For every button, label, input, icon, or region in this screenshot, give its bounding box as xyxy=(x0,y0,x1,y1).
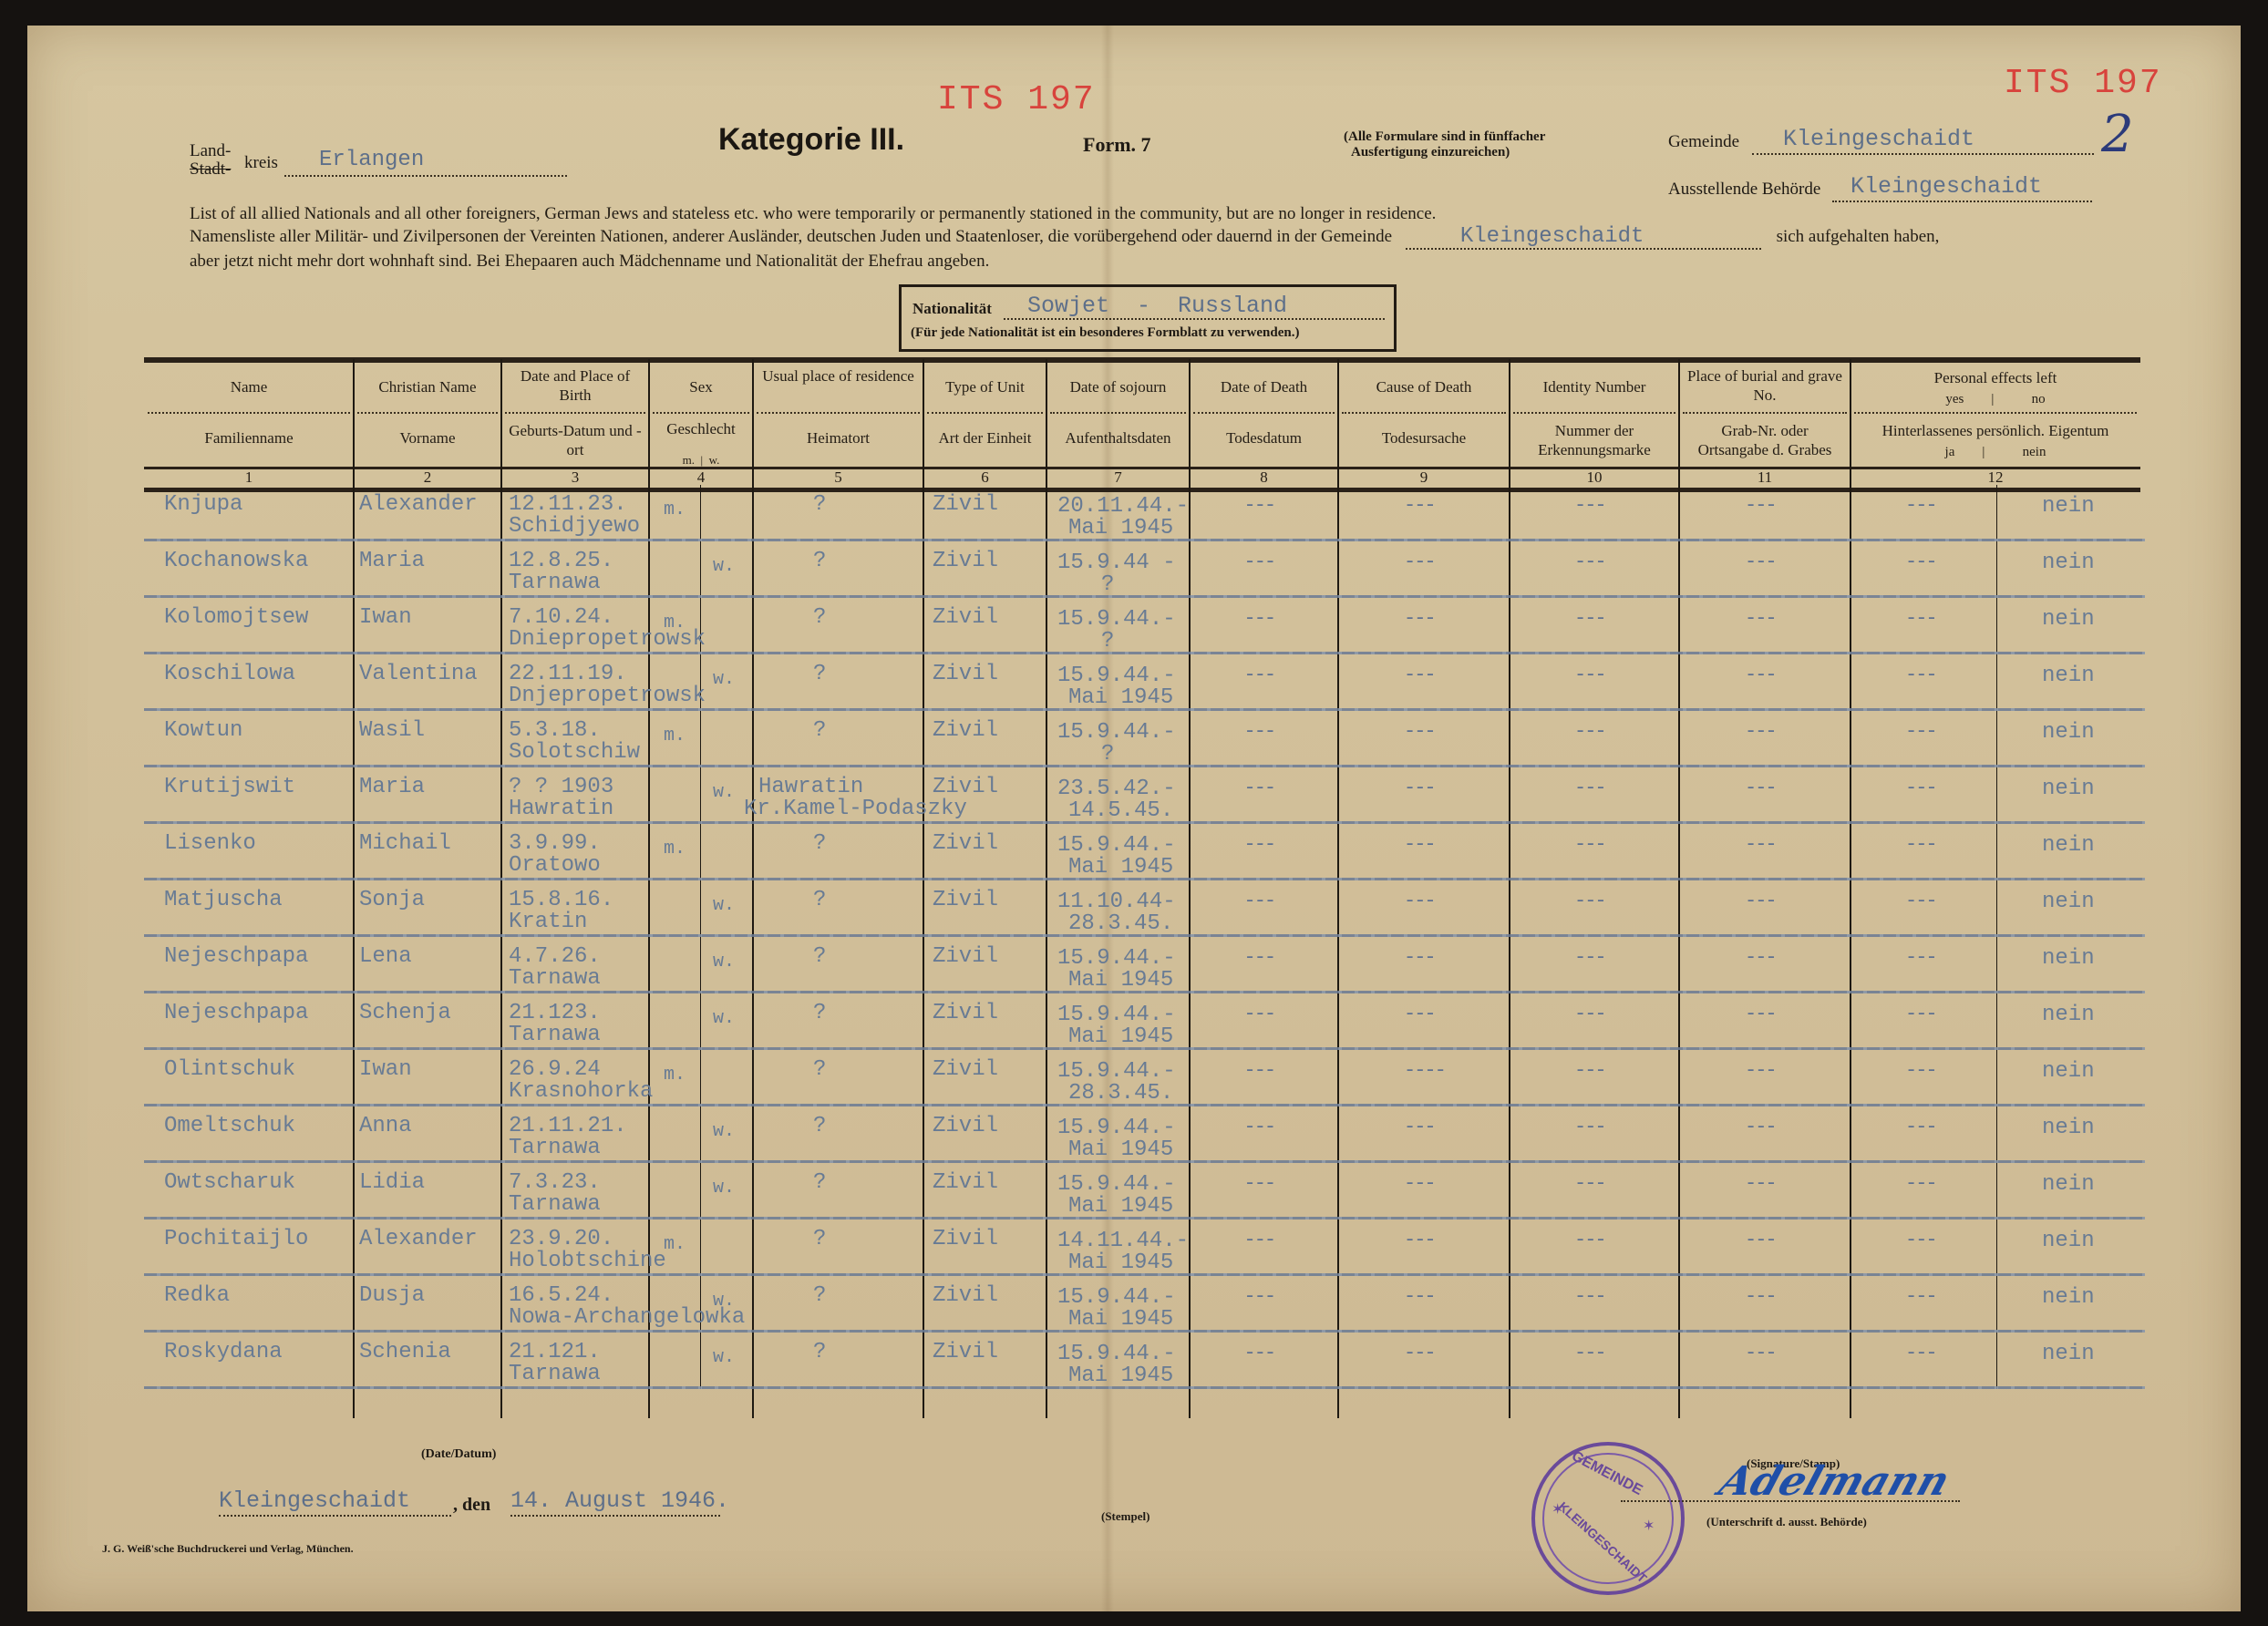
header-en: Sex xyxy=(649,377,753,396)
sojourn-from: 20.11.44.- xyxy=(1057,494,1189,519)
intro-line2-prefix: Namensliste aller Militär- und Zivilpers… xyxy=(190,227,1392,246)
star-icon: ✶ xyxy=(1643,1517,1655,1535)
signature-caption: (Unterschrift d. ausst. Behörde) xyxy=(1706,1515,1867,1529)
unit-type: Zivil xyxy=(933,831,998,856)
header-de: Art der Einheit xyxy=(923,428,1046,448)
empty-idnum: --- xyxy=(1574,720,1605,743)
sub-ja: ja xyxy=(1945,445,1955,459)
empty-burial: --- xyxy=(1745,1285,1776,1308)
column-number: 11 xyxy=(1679,468,1850,487)
residence: ? xyxy=(813,1227,826,1251)
birth-date: 4.7.26. xyxy=(509,944,601,969)
sojourn-to: ? xyxy=(1101,629,1114,653)
residence: ? xyxy=(813,888,826,912)
page-number-handwritten: 2 xyxy=(2101,105,2134,164)
residence: ? xyxy=(813,1057,826,1082)
unit-type: Zivil xyxy=(933,1001,998,1025)
table-row[interactable]: MatjuschaSonja15.8.16.Kratinw.?Zivil11.1… xyxy=(144,880,2140,937)
column-header-6: Type of UnitArt der Einheit xyxy=(923,363,1046,465)
column-header-9: Cause of DeathTodesursache xyxy=(1338,363,1510,465)
empty-burial: --- xyxy=(1745,607,1776,630)
effects-yes: --- xyxy=(1905,833,1936,856)
sex-female: w. xyxy=(713,1006,735,1031)
family-name: Nejeschpapa xyxy=(164,944,308,969)
sojourn-to: 14.5.45. xyxy=(1068,798,1173,823)
landkreis-label: Land- Stadt- xyxy=(190,142,231,179)
empty-cause: --- xyxy=(1404,551,1435,573)
unit-type: Zivil xyxy=(933,605,998,630)
empty-burial: --- xyxy=(1745,946,1776,969)
sex-female: w. xyxy=(713,893,735,918)
effects-yes: --- xyxy=(1905,1172,1936,1195)
family-name: Kolomojtsew xyxy=(164,605,308,630)
sojourn-from: 15.9.44.- xyxy=(1057,1059,1176,1084)
effects-no: nein xyxy=(2042,946,2095,971)
empty-death: --- xyxy=(1244,1285,1275,1308)
empty-cause: --- xyxy=(1404,1003,1435,1025)
residence: ? xyxy=(813,492,826,517)
empty-cause: --- xyxy=(1404,1229,1435,1251)
birth-date: 5.3.18. xyxy=(509,718,601,743)
sex-male: m. xyxy=(664,1063,686,1087)
header-en: Name xyxy=(144,377,354,396)
empty-death: --- xyxy=(1244,890,1275,912)
intro-line2: Namensliste aller Militär- und Zivilpers… xyxy=(190,225,2104,250)
signature-field[interactable]: Adelmann xyxy=(1621,1466,1960,1502)
header-de: Vorname xyxy=(354,428,501,448)
effects-yes: --- xyxy=(1905,1342,1936,1364)
first-name: Anna xyxy=(359,1114,412,1138)
form-note: (Alle Formulare sind in fünffacher Ausfe… xyxy=(1344,129,1545,160)
birth-date: 21.121. xyxy=(509,1340,601,1364)
column-header-1: NameFamilienname xyxy=(144,363,354,465)
birth-place: Oratowo xyxy=(509,853,601,878)
persons-table: NameFamilienname1Christian NameVorname2D… xyxy=(144,357,2140,1433)
effects-no: nein xyxy=(2042,1003,2095,1027)
intro-gemeinde-field[interactable]: Kleingeschaidt xyxy=(1406,225,1761,250)
unit-type: Zivil xyxy=(933,492,998,517)
header-en: Type of Unit xyxy=(923,377,1046,396)
sex-female: w. xyxy=(713,950,735,974)
header-en: Cause of Death xyxy=(1338,377,1510,396)
residence-district: Kr.Kamel-Podaszky xyxy=(744,797,967,821)
behoerde-value: Kleingeschaidt xyxy=(1850,173,2042,200)
table-row[interactable]: OmeltschukAnna21.11.21.Tarnawaw.?Zivil15… xyxy=(144,1106,2140,1163)
place-field[interactable]: Kleingeschaidt xyxy=(219,1487,451,1517)
sojourn-to: Mai 1945 xyxy=(1068,1307,1173,1332)
table-row[interactable]: KowtunWasil5.3.18.Solotschiwm.?Zivil15.9… xyxy=(144,711,2140,767)
header-dots xyxy=(1050,412,1186,414)
effects-no: nein xyxy=(2042,1172,2095,1197)
sojourn-to: Mai 1945 xyxy=(1068,516,1173,540)
empty-death: --- xyxy=(1244,777,1275,799)
birth-place: Schidjyewo xyxy=(509,514,640,539)
birth-date: 12.8.25. xyxy=(509,549,613,573)
sub-yes: yes xyxy=(1945,392,1964,406)
header-en: Personal effects left xyxy=(1850,368,2140,387)
sojourn-to: 28.3.45. xyxy=(1068,911,1173,936)
effects-yes: --- xyxy=(1905,1003,1936,1025)
effects-no: nein xyxy=(2042,607,2095,632)
header-dots xyxy=(927,412,1043,414)
residence: ? xyxy=(813,1340,826,1364)
header-dots xyxy=(505,412,645,414)
table-row[interactable]: KochanowskaMaria12.8.25.Tarnawaw.?Zivil1… xyxy=(144,541,2140,598)
sojourn-from: 14.11.44.- xyxy=(1057,1229,1189,1253)
residence: ? xyxy=(813,1114,826,1138)
date-label: (Date/Datum) xyxy=(421,1447,496,1462)
nationality-label: Nationalität xyxy=(912,300,992,318)
unit-type: Zivil xyxy=(933,1283,998,1308)
empty-idnum: --- xyxy=(1574,1059,1605,1082)
residence: ? xyxy=(813,662,826,686)
table-row[interactable]: RedkaDusja16.5.24.Nowa-Archangelowkaw.?Z… xyxy=(144,1276,2140,1333)
effects-yes: --- xyxy=(1905,494,1936,517)
empty-death: --- xyxy=(1244,1229,1275,1251)
unit-type: Zivil xyxy=(933,662,998,686)
table-row[interactable]: NejeschpapaLena4.7.26.Tarnawaw.?Zivil15.… xyxy=(144,937,2140,993)
empty-idnum: --- xyxy=(1574,777,1605,799)
date-field[interactable]: 14. August 1946. xyxy=(510,1487,720,1517)
birth-place: Tarnawa xyxy=(509,1023,601,1047)
residence: ? xyxy=(813,1170,826,1195)
landkreis-value: Erlangen xyxy=(319,148,424,172)
first-name: Alexander xyxy=(359,492,478,517)
empty-death: --- xyxy=(1244,494,1275,517)
family-name: Pochitaijlo xyxy=(164,1227,308,1251)
empty-idnum: --- xyxy=(1574,494,1605,517)
header-dots xyxy=(148,412,350,414)
column-number: 3 xyxy=(501,468,649,487)
birth-date: 3.9.99. xyxy=(509,831,601,856)
empty-idnum: --- xyxy=(1574,1285,1605,1308)
family-name: Krutijswit xyxy=(164,775,295,799)
effects-no: nein xyxy=(2042,1342,2095,1366)
effects-no: nein xyxy=(2042,777,2095,801)
residence: ? xyxy=(813,718,826,743)
empty-burial: --- xyxy=(1745,1172,1776,1195)
empty-burial: --- xyxy=(1745,551,1776,573)
unit-type: Zivil xyxy=(933,549,998,573)
family-name: Lisenko xyxy=(164,831,256,856)
header-dots xyxy=(1193,412,1335,414)
header-en: Christian Name xyxy=(354,377,501,396)
unit-type: Zivil xyxy=(933,1340,998,1364)
empty-cause: --- xyxy=(1404,1116,1435,1138)
nationality-note: (Für jede Nationalität ist ein besondere… xyxy=(911,325,1299,341)
header-en: Identity Number xyxy=(1510,377,1679,396)
sex-female: w. xyxy=(713,1289,735,1313)
residence: ? xyxy=(813,831,826,856)
sojourn-to: Mai 1945 xyxy=(1068,1137,1173,1162)
header-dots xyxy=(757,412,920,414)
column-header-11: Place of burial and grave No.Grab-Nr. od… xyxy=(1679,363,1850,465)
printer-imprint: J. G. Weiß'sche Buchdruckerei und Verlag… xyxy=(102,1542,354,1556)
effects-no: nein xyxy=(2042,720,2095,745)
sojourn-to: Mai 1945 xyxy=(1068,1194,1173,1219)
birth-place: Solotschiw xyxy=(509,740,640,765)
header-de: Hinterlassenes persönlich. Eigentum xyxy=(1850,421,2140,440)
empty-idnum: --- xyxy=(1574,1172,1605,1195)
nationality-value: Sowjet - Russland xyxy=(1027,293,1287,319)
form-note-line2: Ausfertigung einzureichen) xyxy=(1351,145,1545,160)
header-dots xyxy=(1854,412,2137,414)
behoerde-label: Ausstellende Behörde xyxy=(1668,180,1820,200)
family-name: Kowtun xyxy=(164,718,242,743)
first-name: Sonja xyxy=(359,888,425,912)
empty-cause: ---- xyxy=(1404,1059,1445,1082)
table-row[interactable]: OwtscharukLidia7.3.23.Tarnawaw.?Zivil15.… xyxy=(144,1163,2140,1219)
birth-place: Kratin xyxy=(509,910,587,934)
sub-w: w. xyxy=(709,453,720,467)
effects-yes: --- xyxy=(1905,607,1936,630)
column-number: 6 xyxy=(923,468,1046,487)
place-value: Kleingeschaidt xyxy=(219,1487,410,1514)
table-row[interactable]: RoskydanaSchenia21.121.Tarnawaw.?Zivil15… xyxy=(144,1333,2140,1389)
birth-place: Tarnawa xyxy=(509,571,601,595)
family-name: Owtscharuk xyxy=(164,1170,295,1195)
sojourn-to: Mai 1945 xyxy=(1068,1024,1173,1049)
empty-burial: --- xyxy=(1745,494,1776,517)
empty-idnum: --- xyxy=(1574,551,1605,573)
empty-death: --- xyxy=(1244,720,1275,743)
effects-yes: --- xyxy=(1905,777,1936,799)
sex-female: w. xyxy=(713,1119,735,1144)
first-name: Schenia xyxy=(359,1340,451,1364)
effects-no: nein xyxy=(2042,1059,2095,1084)
family-name: Omeltschuk xyxy=(164,1114,295,1138)
category-title: Kategorie III. xyxy=(718,122,904,158)
den-label: , den xyxy=(453,1495,490,1516)
empty-cause: --- xyxy=(1404,833,1435,856)
empty-death: --- xyxy=(1244,551,1275,573)
header-en: Date and Place of Birth xyxy=(501,366,649,405)
header-dots xyxy=(1513,412,1675,414)
empty-death: --- xyxy=(1244,946,1275,969)
gemeinde-value: Kleingeschaidt xyxy=(1783,126,1974,152)
empty-cause: --- xyxy=(1404,664,1435,686)
first-name: Iwan xyxy=(359,605,412,630)
empty-death: --- xyxy=(1244,833,1275,856)
empty-cause: --- xyxy=(1404,607,1435,630)
sex-female: w. xyxy=(713,1176,735,1200)
birth-date: 21.11.21. xyxy=(509,1114,627,1138)
nationality-field[interactable]: Sowjet - Russland xyxy=(1004,293,1385,320)
nationality-box: Nationalität Sowjet - Russland (Für jede… xyxy=(899,284,1397,352)
gemeinde-field[interactable]: Kleingeschaidt xyxy=(1752,126,2094,155)
sub-no: no xyxy=(2032,392,2046,406)
empty-cause: --- xyxy=(1404,946,1435,969)
sojourn-to: Mai 1945 xyxy=(1068,1364,1173,1388)
table-row[interactable]: KrutijswitMaria? ? 1903Hawratinw.Hawrati… xyxy=(144,767,2140,824)
first-name: Alexander xyxy=(359,1227,478,1251)
birth-place: Krasnohorka xyxy=(509,1079,653,1104)
empty-burial: --- xyxy=(1745,777,1776,799)
empty-idnum: --- xyxy=(1574,1003,1605,1025)
table-row[interactable]: LisenkoMichail3.9.99.Oratowom.?Zivil15.9… xyxy=(144,824,2140,880)
its-stamp-right: ITS 197 xyxy=(2004,64,2162,103)
sex-female: w. xyxy=(713,554,735,579)
first-name: Maria xyxy=(359,549,425,573)
birth-place: Holobtschine xyxy=(509,1249,666,1273)
effects-subheader-en: yes | no xyxy=(1850,390,2140,409)
birth-place: Hawratin xyxy=(509,797,613,821)
sojourn-to: Mai 1945 xyxy=(1068,968,1173,993)
table-row[interactable]: PochitaijloAlexander23.9.20.Holobtschine… xyxy=(144,1219,2140,1276)
table-row[interactable]: KolomojtsewIwan7.10.24.Dniepropetrowskm.… xyxy=(144,598,2140,654)
landkreis-field[interactable]: Erlangen xyxy=(284,148,567,177)
sex-male: m. xyxy=(664,724,686,748)
table-row[interactable]: KoschilowaValentina22.11.19.Dnjepropetro… xyxy=(144,654,2140,711)
header-dots xyxy=(653,412,749,414)
column-number: 2 xyxy=(354,468,501,487)
first-name: Michail xyxy=(359,831,451,856)
unit-type: Zivil xyxy=(933,1114,998,1138)
intro-text: List of all allied Nationals and all oth… xyxy=(190,202,2104,273)
table-row[interactable]: OlintschukIwan26.9.24Krasnohorkam.?Zivil… xyxy=(144,1050,2140,1106)
header-de: Nummer der Erkennungsmarke xyxy=(1510,421,1679,459)
empty-idnum: --- xyxy=(1574,833,1605,856)
header-de: Geschlecht xyxy=(649,419,753,438)
birth-date: 26.9.24 xyxy=(509,1057,601,1082)
residence: ? xyxy=(813,944,826,969)
column-number: 9 xyxy=(1338,468,1510,487)
signature: Adelmann xyxy=(1714,1458,1955,1505)
empty-death: --- xyxy=(1244,1116,1275,1138)
effects-yes: --- xyxy=(1905,1285,1936,1308)
first-name: Maria xyxy=(359,775,425,799)
gemeinde-label: Gemeinde xyxy=(1668,132,1739,152)
residence: ? xyxy=(813,605,826,630)
empty-idnum: --- xyxy=(1574,664,1605,686)
header-en: Date of sojourn xyxy=(1046,377,1190,396)
column-number: 8 xyxy=(1190,468,1338,487)
table-row[interactable]: NejeschpapaSchenja21.123.Tarnawaw.?Zivil… xyxy=(144,993,2140,1050)
unit-type: Zivil xyxy=(933,718,998,743)
residence: ? xyxy=(813,1283,826,1308)
intro-line2-suffix: sich aufgehalten haben, xyxy=(1777,227,1940,246)
empty-cause: --- xyxy=(1404,1172,1435,1195)
empty-idnum: --- xyxy=(1574,607,1605,630)
kreis-label: kreis xyxy=(244,153,278,173)
empty-burial: --- xyxy=(1745,1229,1776,1251)
empty-cause: --- xyxy=(1404,1342,1435,1364)
column-header-10: Identity NumberNummer der Erkennungsmark… xyxy=(1510,363,1679,465)
column-number: 5 xyxy=(753,468,923,487)
first-name: Valentina xyxy=(359,662,478,686)
behoerde-field[interactable]: Kleingeschaidt xyxy=(1832,173,2092,202)
effects-no: nein xyxy=(2042,1285,2095,1310)
sex-female: w. xyxy=(713,1345,735,1370)
empty-idnum: --- xyxy=(1574,1229,1605,1251)
birth-date: 7.3.23. xyxy=(509,1170,601,1195)
table-row[interactable]: KnjupaAlexander12.11.23.Schidjyewom.?Ziv… xyxy=(144,485,2140,541)
unit-type: Zivil xyxy=(933,1170,998,1195)
first-name: Schenja xyxy=(359,1001,451,1025)
column-header-5: Usual place of residenceHeimatort xyxy=(753,363,923,465)
empty-idnum: --- xyxy=(1574,946,1605,969)
column-header-3: Date and Place of BirthGeburts-Datum und… xyxy=(501,363,649,465)
sojourn-from: 23.5.42.- xyxy=(1057,777,1176,801)
first-name: Wasil xyxy=(359,718,425,743)
birth-place: Tarnawa xyxy=(509,1362,601,1386)
effects-no: nein xyxy=(2042,1116,2095,1140)
residence: ? xyxy=(813,549,826,573)
column-header-2: Christian NameVorname xyxy=(354,363,501,465)
birth-date: 23.9.20. xyxy=(509,1227,613,1251)
its-stamp-left: ITS 197 xyxy=(937,80,1096,119)
effects-no: nein xyxy=(2042,664,2095,688)
form-note-line1: (Alle Formulare sind in fünffacher xyxy=(1344,129,1545,145)
effects-yes: --- xyxy=(1905,1059,1936,1082)
empty-burial: --- xyxy=(1745,1003,1776,1025)
column-number: 12 xyxy=(1850,468,2140,487)
empty-death: --- xyxy=(1244,1342,1275,1364)
family-name: Roskydana xyxy=(164,1340,283,1364)
unit-type: Zivil xyxy=(933,944,998,969)
unit-type: Zivil xyxy=(933,888,998,912)
unit-type: Zivil xyxy=(933,1057,998,1082)
sojourn-to: Mai 1945 xyxy=(1068,685,1173,710)
empty-burial: --- xyxy=(1745,1116,1776,1138)
birth-place: Tarnawa xyxy=(509,1192,601,1217)
header-en: Date of Death xyxy=(1190,377,1338,396)
family-name: Olintschuk xyxy=(164,1057,295,1082)
residence: ? xyxy=(813,1001,826,1025)
empty-death: --- xyxy=(1244,607,1275,630)
birth-date: 7.10.24. xyxy=(509,605,613,630)
sojourn-from: 15.9.44.- xyxy=(1057,833,1176,858)
sojourn-from: 15.9.44.- xyxy=(1057,1116,1176,1140)
empty-death: --- xyxy=(1244,1172,1275,1195)
intro-gemeinde-value: Kleingeschaidt xyxy=(1460,224,1644,249)
family-name: Knjupa xyxy=(164,492,242,517)
effects-yes: --- xyxy=(1905,946,1936,969)
first-name: Lena xyxy=(359,944,412,969)
empty-idnum: --- xyxy=(1574,1342,1605,1364)
stempel-label: (Stempel) xyxy=(1101,1509,1149,1524)
column-number: 1 xyxy=(144,468,354,487)
header-dots xyxy=(1342,412,1506,414)
birth-place: Tarnawa xyxy=(509,966,601,991)
effects-yes: --- xyxy=(1905,890,1936,912)
column-number: 10 xyxy=(1510,468,1679,487)
date-value: 14. August 1946. xyxy=(510,1487,729,1514)
sex-female: w. xyxy=(713,780,735,805)
empty-cause: --- xyxy=(1404,494,1435,517)
effects-no: nein xyxy=(2042,890,2095,914)
family-name: Nejeschpapa xyxy=(164,1001,308,1025)
unit-type: Zivil xyxy=(933,775,998,799)
effects-no: nein xyxy=(2042,494,2095,519)
empty-death: --- xyxy=(1244,664,1275,686)
header-de: Familienname xyxy=(144,428,354,448)
effects-no: nein xyxy=(2042,833,2095,858)
sex-male: m. xyxy=(664,611,686,635)
empty-cause: --- xyxy=(1404,720,1435,743)
empty-cause: --- xyxy=(1404,777,1435,799)
empty-cause: --- xyxy=(1404,890,1435,912)
effects-yes: --- xyxy=(1905,1229,1936,1251)
sex-male: m. xyxy=(664,837,686,861)
sojourn-to: ? xyxy=(1101,742,1114,767)
star-icon: ✶ xyxy=(1552,1500,1563,1518)
sojourn-from: 15.9.44.- xyxy=(1057,1285,1176,1310)
sex-male: m. xyxy=(664,1232,686,1257)
sojourn-from: 15.9.44.- xyxy=(1057,1003,1176,1027)
header-dots xyxy=(1683,412,1847,414)
sojourn-to: ? xyxy=(1101,572,1114,597)
